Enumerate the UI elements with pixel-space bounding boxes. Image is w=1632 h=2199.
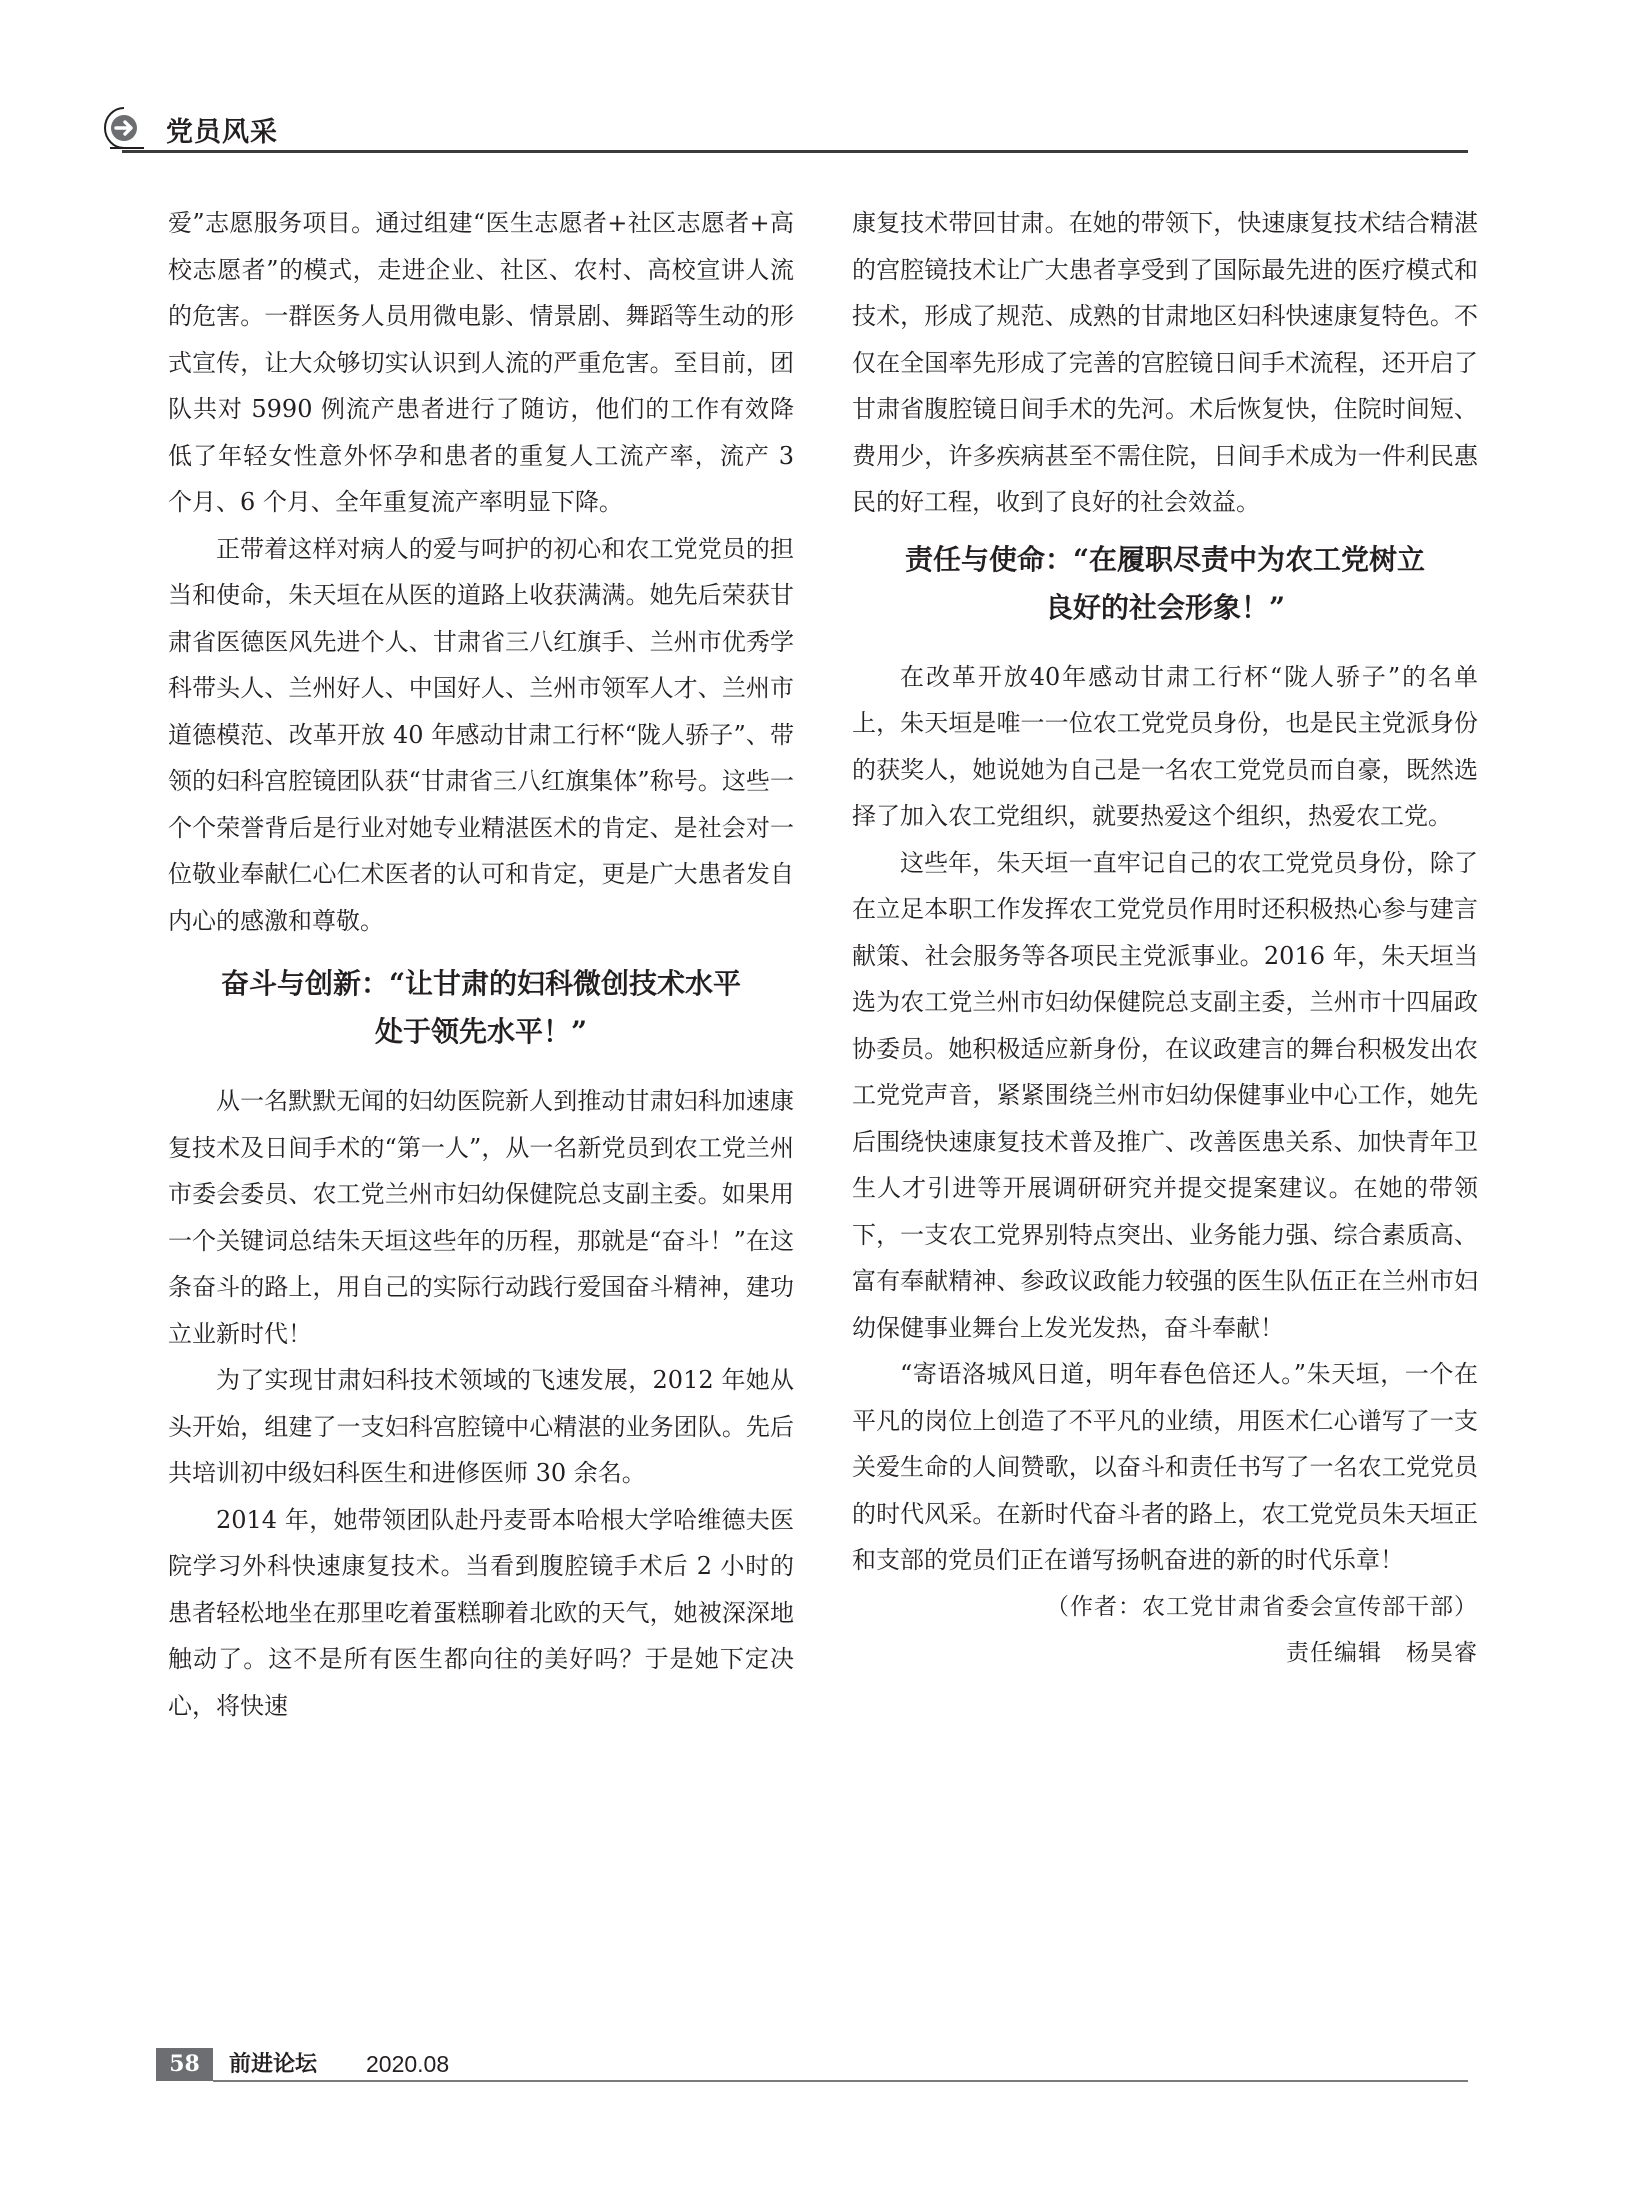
section-heading: 奋斗与创新：“让甘肃的妇科微创技术水平 处于领先水平！” (168, 960, 794, 1056)
header-rule (122, 150, 1468, 153)
issue-date: 2020.08 (366, 2048, 449, 2081)
heading-line: 奋斗与创新：“让甘肃的妇科微创技术水平 (221, 967, 741, 1000)
heading-line: 责任与使命：“在履职尽责中为农工党树立 (905, 543, 1425, 576)
footer-rule (213, 2080, 1468, 2082)
editor-credit: 责任编辑 杨昊睿 (852, 1630, 1478, 1677)
paragraph: 为了实现甘肃妇科技术领域的飞速发展，2012 年她从头开始，组建了一支妇科宫腔镜… (168, 1357, 794, 1497)
arrow-right-circle-icon (104, 106, 144, 150)
paragraph: 在改革开放40年感动甘肃工行杯“陇人骄子”的名单上，朱天垣是唯一一位农工党党员身… (852, 654, 1478, 840)
magazine-name: 前进论坛 (229, 2048, 317, 2081)
paragraph: 爱”志愿服务项目。通过组建“医生志愿者+社区志愿者+高校志愿者”的模式，走进企业… (168, 200, 794, 526)
section-title: 党员风采 (166, 110, 278, 149)
paragraph: 康复技术带回甘肃。在她的带领下，快速康复技术结合精湛的宫腔镜技术让广大患者享受到… (852, 200, 1478, 526)
section-heading: 责任与使命：“在履职尽责中为农工党树立 良好的社会形象！” (852, 536, 1478, 632)
paragraph: “寄语洛城风日道，明年春色倍还人。”朱天垣，一个在平凡的岗位上创造了不平凡的业绩… (852, 1351, 1478, 1584)
author-credit: （作者：农工党甘肃省委会宣传部干部） (852, 1584, 1478, 1631)
heading-line: 良好的社会形象！” (1045, 591, 1285, 624)
paragraph: 正带着这样对病人的爱与呵护的初心和农工党党员的担当和使命，朱天垣在从医的道路上收… (168, 526, 794, 945)
section-header: 党员风采 (104, 104, 1468, 152)
paragraph: 从一名默默无闻的妇幼医院新人到推动甘肃妇科加速康复技术及日间手术的“第一人”，从… (168, 1078, 794, 1357)
left-column: 爱”志愿服务项目。通过组建“医生志愿者+社区志愿者+高校志愿者”的模式，走进企业… (168, 200, 794, 1729)
paragraph: 这些年，朱天垣一直牢记自己的农工党党员身份，除了在立足本职工作发挥农工党党员作用… (852, 840, 1478, 1352)
page-number: 58 (156, 2048, 213, 2081)
heading-line: 处于领先水平！” (375, 1015, 587, 1048)
page-footer: 58 前进论坛 2020.08 (156, 2048, 1468, 2082)
right-column: 康复技术带回甘肃。在她的带领下，快速康复技术结合精湛的宫腔镜技术让广大患者享受到… (852, 200, 1478, 1677)
paragraph: 2014 年，她带领团队赴丹麦哥本哈根大学哈维德夫医院学习外科快速康复技术。当看… (168, 1497, 794, 1730)
